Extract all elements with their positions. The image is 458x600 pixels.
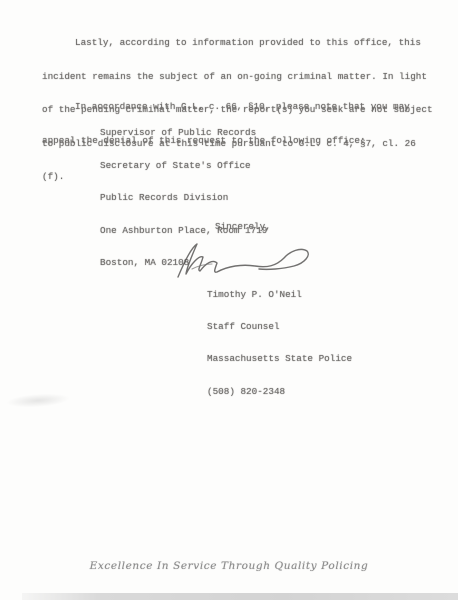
text-line: Lastly, according to information provide… — [42, 37, 442, 49]
signature-block: Timothy P. O'Neil Staff Counsel Massachu… — [207, 268, 352, 419]
footer-motto: Excellence In Service Through Quality Po… — [0, 560, 458, 572]
closing-salutation: Sincerely, — [215, 221, 271, 232]
signer-phone: (508) 820-2348 — [207, 387, 352, 397]
scan-smudge-artifact — [6, 392, 71, 409]
address-line: Supervisor of Public Records — [100, 128, 267, 139]
address-line: Secretary of State's Office — [100, 161, 267, 172]
signer-name: Timothy P. O'Neil — [207, 290, 352, 300]
scan-bottom-edge — [22, 593, 458, 600]
signer-title: Staff Counsel — [207, 322, 352, 332]
scanned-letter-page: Lastly, according to information provide… — [0, 0, 458, 600]
address-line: Public Records Division — [100, 193, 267, 204]
signer-organization: Massachusetts State Police — [207, 354, 352, 364]
